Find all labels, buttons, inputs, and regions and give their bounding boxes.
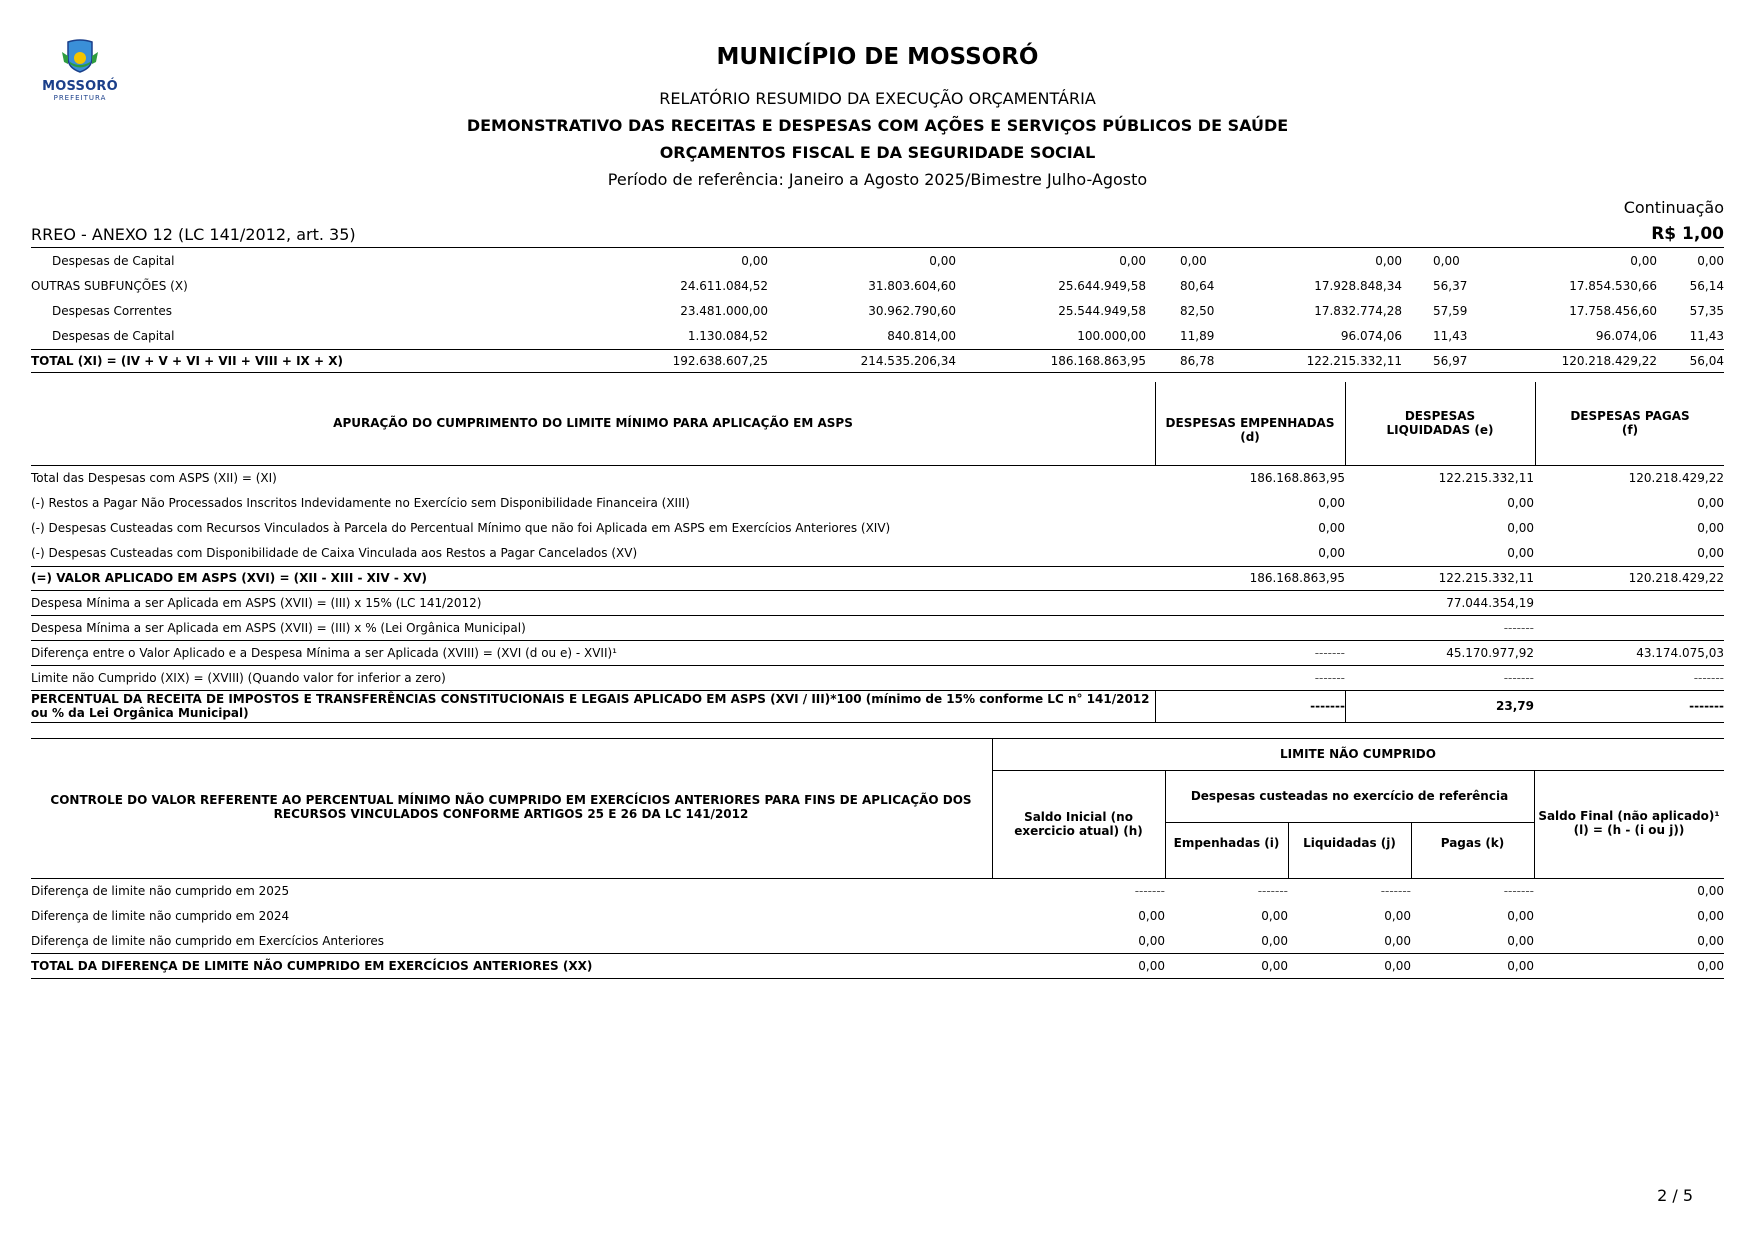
page-number: 2 / 5 (1657, 1186, 1693, 1205)
divider (1165, 822, 1534, 823)
column-divider (1411, 822, 1412, 878)
table-cell: ------- (1524, 671, 1724, 685)
table-cell: 122.215.332,11 (1202, 354, 1402, 368)
column-divider (1345, 382, 1346, 465)
divider (31, 665, 1724, 666)
divider (31, 738, 1724, 739)
table-cell: 17.832.774,28 (1202, 304, 1402, 318)
saldo-inicial-header: Saldo Inicial (no exercicio atual) (h) (992, 810, 1165, 838)
table-cell: 0,00 (1574, 884, 1724, 898)
despesas-custeadas-header: Despesas custeadas no exercício de refer… (1165, 789, 1534, 803)
divider (31, 247, 1724, 248)
table-row-label: TOTAL DA DIFERENÇA DE LIMITE NÃO CUMPRID… (31, 959, 592, 973)
table-cell: 0,00 (1384, 959, 1534, 973)
table-cell: 100.000,00 (946, 329, 1146, 343)
table-cell: 0,00 (1524, 496, 1724, 510)
table-cell: ------- (1145, 671, 1345, 685)
table-cell: ------- (1384, 884, 1534, 898)
table-cell: 120.218.429,22 (1524, 471, 1724, 485)
controle-header: CONTROLE DO VALOR REFERENTE AO PERCENTUA… (31, 793, 991, 821)
table-cell: 24.611.084,52 (568, 279, 768, 293)
table-cell: 192.638.607,25 (568, 354, 768, 368)
saldo-final-header: Saldo Final (não aplicado)¹ (l) = (h - (… (1534, 809, 1724, 837)
table-cell: ------- (1334, 671, 1534, 685)
table-cell: 17.928.848,34 (1202, 279, 1402, 293)
table-row-label: (-) Despesas Custeadas com Recursos Vinc… (31, 521, 890, 535)
table-row-label: Despesas de Capital (52, 254, 174, 268)
currency-unit: R$ 1,00 (1651, 224, 1724, 244)
table-cell: 0,00 (1384, 909, 1534, 923)
column-header-empenhadas: DESPESAS EMPENHADAS (d) (1155, 416, 1345, 444)
table-cell: 1.130.084,52 (568, 329, 768, 343)
table-cell: 122.215.332,11 (1334, 471, 1534, 485)
apuracao-header: APURAÇÃO DO CUMPRIMENTO DO LIMITE MÍNIMO… (31, 416, 1155, 430)
pagas-header: Pagas (k) (1411, 836, 1534, 850)
table-cell: 0,00 (1145, 521, 1345, 535)
table-row-label: (-) Restos a Pagar Não Processados Inscr… (31, 496, 690, 510)
table-cell: 0,00 (1524, 546, 1724, 560)
table-cell: 0,00 (1202, 254, 1402, 268)
divider (31, 349, 1724, 350)
table-cell: 11,43 (1524, 329, 1724, 343)
table-row-label: (-) Despesas Custeadas com Disponibilida… (31, 546, 637, 560)
table-cell: 0,00 (1524, 254, 1724, 268)
table-cell: ------- (1334, 621, 1534, 635)
table-row-label: Despesas de Capital (52, 329, 174, 343)
table-cell: 0,00 (1334, 496, 1534, 510)
table-cell: 96.074,06 (1202, 329, 1402, 343)
column-divider (1165, 770, 1166, 878)
table-cell: 122.215.332,11 (1334, 571, 1534, 585)
percentual-value: 23,79 (1334, 699, 1534, 713)
divider (31, 690, 1724, 691)
divider (31, 465, 1724, 466)
divider (31, 878, 1724, 879)
table-cell: 0,00 (568, 254, 768, 268)
column-header-liquidadas: DESPESAS LIQUIDADAS (e) (1365, 409, 1515, 437)
table-cell: 0,00 (1145, 496, 1345, 510)
column-header-pagas: DESPESAS PAGAS (f) (1570, 409, 1690, 437)
table-cell: 57,35 (1524, 304, 1724, 318)
column-divider (1535, 382, 1536, 465)
divider (31, 722, 1724, 723)
table-row-label: Despesas Correntes (52, 304, 172, 318)
table-row-label: Diferença de limite não cumprido em 2025 (31, 884, 289, 898)
table-cell: 0,00 (1574, 959, 1724, 973)
table-cell: 45.170.977,92 (1334, 646, 1534, 660)
annex-label: RREO - ANEXO 12 (LC 141/2012, art. 35) (31, 225, 356, 244)
liquidadas-header: Liquidadas (j) (1288, 836, 1411, 850)
continuation-label: Continuação (1624, 198, 1724, 217)
column-divider (1288, 822, 1289, 878)
table-row-label: OUTRAS SUBFUNÇÕES (X) (31, 279, 188, 293)
table-cell: 43.174.075,03 (1524, 646, 1724, 660)
limite-nao-cumprido-header: LIMITE NÃO CUMPRIDO (992, 747, 1724, 761)
table-row-label: Total das Despesas com ASPS (XII) = (XI) (31, 471, 277, 485)
table-cell: 0,00 (1574, 934, 1724, 948)
table-cell: 25.644.949,58 (946, 279, 1146, 293)
reference-period: Período de referência: Janeiro a Agosto … (0, 170, 1755, 189)
table-cell: 840.814,00 (756, 329, 956, 343)
table-cell: 0,00 (946, 254, 1146, 268)
table-cell: 0,00 (1145, 546, 1345, 560)
table-cell: 23.481.000,00 (568, 304, 768, 318)
divider (31, 953, 1724, 954)
table-cell: 0,00 (1334, 546, 1534, 560)
table-cell: 186.168.863,95 (946, 354, 1146, 368)
table-cell: 77.044.354,19 (1334, 596, 1534, 610)
table-row-label: Diferença de limite não cumprido em 2024 (31, 909, 289, 923)
divider (31, 566, 1724, 567)
table-cell: 214.535.206,34 (756, 354, 956, 368)
percentual-value: ------- (1524, 699, 1724, 713)
report-title: RELATÓRIO RESUMIDO DA EXECUÇÃO ORÇAMENTÁ… (0, 89, 1755, 108)
table-row-label: Despesa Mínima a ser Aplicada em ASPS (X… (31, 621, 526, 635)
table-cell: 0,00 (1574, 909, 1724, 923)
page-title: MUNICÍPIO DE MOSSORÓ (0, 44, 1755, 70)
orcamentos-title: ORÇAMENTOS FISCAL E DA SEGURIDADE SOCIAL (0, 143, 1755, 162)
table-cell: 56,04 (1524, 354, 1724, 368)
table-cell: 0,00 (756, 254, 956, 268)
table-cell: ------- (1145, 646, 1345, 660)
table-cell: 0,00 (1524, 521, 1724, 535)
table-cell: 30.962.790,60 (756, 304, 956, 318)
divider (31, 640, 1724, 641)
table-cell: 56,14 (1524, 279, 1724, 293)
table-cell: 186.168.863,95 (1145, 471, 1345, 485)
percentual-label: PERCENTUAL DA RECEITA DE IMPOSTOS E TRAN… (31, 692, 1151, 720)
table-row-label: Limite não Cumprido (XIX) = (XVIII) (Qua… (31, 671, 446, 685)
table-cell: 120.218.429,22 (1524, 571, 1724, 585)
divider (992, 770, 1724, 771)
divider (31, 372, 1724, 373)
table-cell: 0,00 (1433, 254, 1460, 268)
table-cell: 0,00 (1384, 934, 1534, 948)
table-cell: 186.168.863,95 (1145, 571, 1345, 585)
table-row-label: (=) VALOR APLICADO EM ASPS (XVI) = (XII … (31, 571, 427, 585)
table-row-label: Diferença entre o Valor Aplicado e a Des… (31, 646, 617, 660)
divider (31, 590, 1724, 591)
table-row-label: Despesa Mínima a ser Aplicada em ASPS (X… (31, 596, 481, 610)
table-row-label: TOTAL (XI) = (IV + V + VI + VII + VIII +… (31, 354, 343, 368)
table-cell: 25.544.949,58 (946, 304, 1146, 318)
divider (31, 615, 1724, 616)
table-cell: 0,00 (1334, 521, 1534, 535)
divider (31, 978, 1724, 979)
table-cell: 31.803.604,60 (756, 279, 956, 293)
percentual-value: ------- (1145, 699, 1345, 713)
demonstrativo-title: DEMONSTRATIVO DAS RECEITAS E DESPESAS CO… (0, 116, 1755, 135)
empenhadas-header: Empenhadas (i) (1165, 836, 1288, 850)
table-row-label: Diferença de limite não cumprido em Exer… (31, 934, 384, 948)
